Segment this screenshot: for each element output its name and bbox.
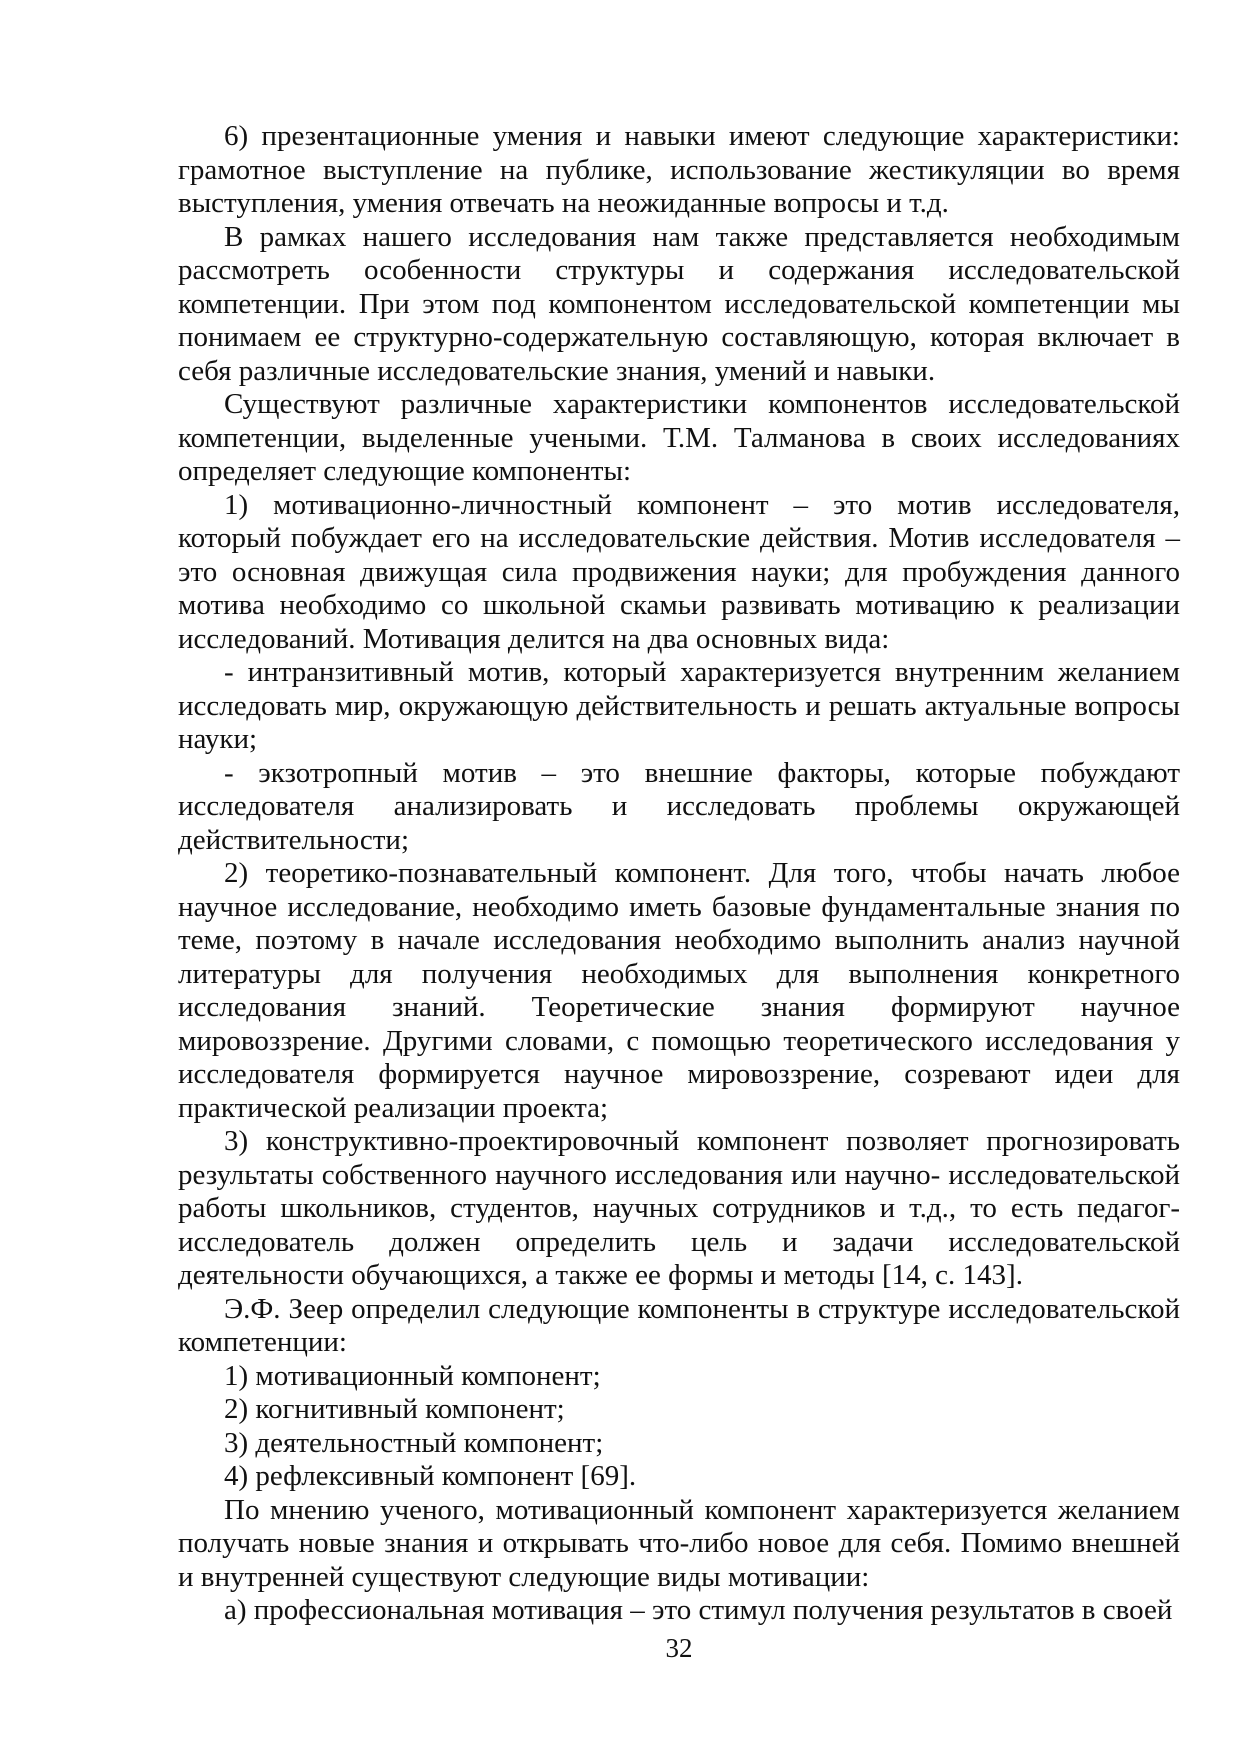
paragraph: 2) когнитивный компонент; bbox=[178, 1393, 1180, 1427]
paragraph: - интранзитивный мотив, который характер… bbox=[178, 656, 1180, 757]
document-page: 6) презентационные умения и навыки имеют… bbox=[0, 0, 1241, 1755]
paragraph: Э.Ф. Зеер определил следующие компоненты… bbox=[178, 1293, 1180, 1360]
paragraph: - экзотропный мотив – это внешние фактор… bbox=[178, 757, 1180, 858]
text-body: 6) презентационные умения и навыки имеют… bbox=[178, 120, 1180, 1628]
paragraph: По мнению ученого, мотивационный компоне… bbox=[178, 1494, 1180, 1595]
paragraph: 3) конструктивно-проектировочный компоне… bbox=[178, 1125, 1180, 1293]
paragraph: а) профессиональная мотивация – это стим… bbox=[178, 1594, 1180, 1628]
page-number: 32 bbox=[666, 1633, 693, 1663]
paragraph: 4) рефлексивный компонент [69]. bbox=[178, 1460, 1180, 1494]
paragraph: В рамках нашего исследования нам также п… bbox=[178, 221, 1180, 389]
paragraph: 2) теоретико-познавательный компонент. Д… bbox=[178, 857, 1180, 1125]
paragraph: 1) мотивационный компонент; bbox=[178, 1360, 1180, 1394]
paragraph: 3) деятельностный компонент; bbox=[178, 1427, 1180, 1461]
page-footer: 32 bbox=[178, 1632, 1180, 1665]
paragraph: Существуют различные характеристики комп… bbox=[178, 388, 1180, 489]
paragraph: 6) презентационные умения и навыки имеют… bbox=[178, 120, 1180, 221]
paragraph: 1) мотивационно-личностный компонент – э… bbox=[178, 489, 1180, 657]
